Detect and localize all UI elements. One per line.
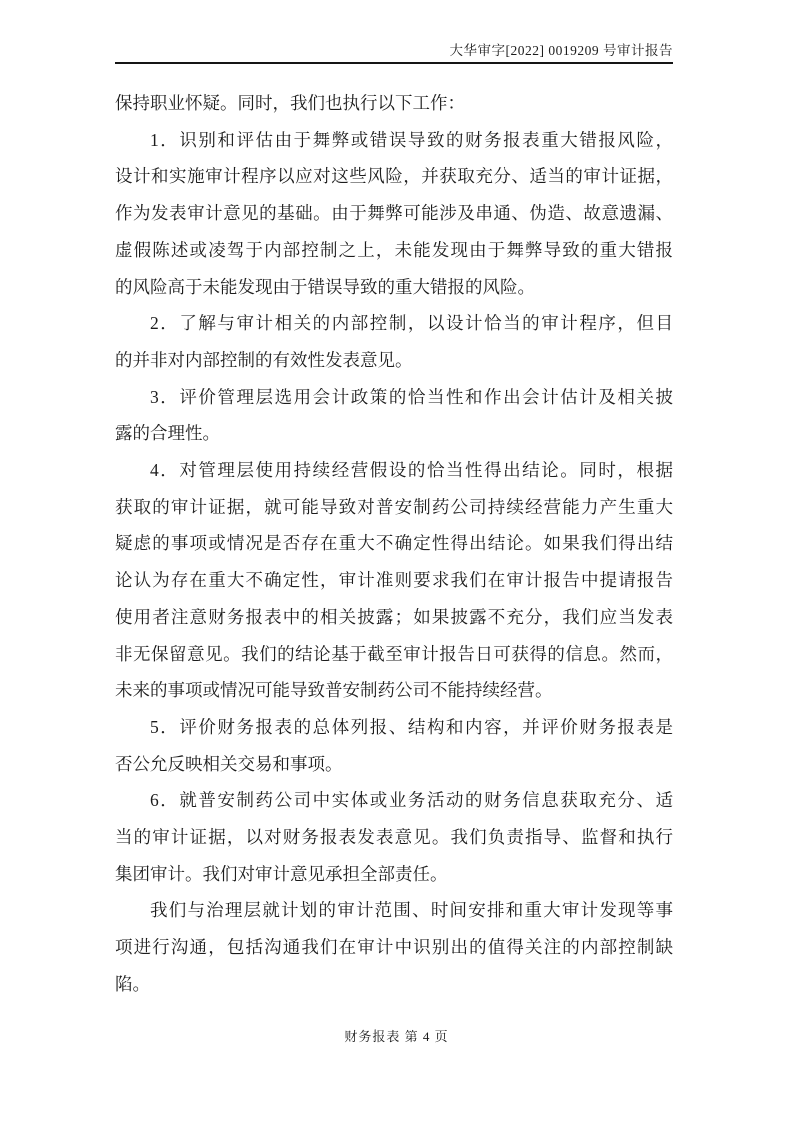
text-line: 项进行沟通，包括沟通我们在审计中识别出的值得关注的内部控制缺 <box>115 929 673 966</box>
paragraph: 3．评价管理层选用会计政策的恰当性和作出会计估计及相关披露的合理性。 <box>115 379 673 452</box>
paragraph: 我们与治理层就计划的审计范围、时间安排和重大审计发现等事项进行沟通，包括沟通我们… <box>115 892 673 1002</box>
paragraph: 保持职业怀疑。同时，我们也执行以下工作： <box>115 85 673 122</box>
text-line: 当的审计证据，以对财务报表发表意见。我们负责指导、监督和执行 <box>115 819 673 856</box>
text-line: 设计和实施审计程序以应对这些风险，并获取充分、适当的审计证据， <box>115 158 673 195</box>
text-line: 我们与治理层就计划的审计范围、时间安排和重大审计发现等事 <box>115 892 673 929</box>
text-line: 保持职业怀疑。同时，我们也执行以下工作： <box>115 85 673 122</box>
paragraph: 6．就普安制药公司中实体或业务活动的财务信息获取充分、适当的审计证据，以对财务报… <box>115 782 673 892</box>
text-line: 2．了解与审计相关的内部控制，以设计恰当的审计程序，但目 <box>115 305 673 342</box>
text-line: 否公允反映相关交易和事项。 <box>115 746 673 783</box>
text-line: 3．评价管理层选用会计政策的恰当性和作出会计估计及相关披 <box>115 379 673 416</box>
text-line: 作为发表审计意见的基础。由于舞弊可能涉及串通、伪造、故意遗漏、 <box>115 195 673 232</box>
text-line: 4．对管理层使用持续经营假设的恰当性得出结论。同时，根据 <box>115 452 673 489</box>
paragraph: 4．对管理层使用持续经营假设的恰当性得出结论。同时，根据获取的审计证据，就可能导… <box>115 452 673 709</box>
text-line: 露的合理性。 <box>115 415 673 452</box>
text-line: 5．评价财务报表的总体列报、结构和内容，并评价财务报表是 <box>115 709 673 746</box>
text-line: 获取的审计证据，就可能导致对普安制药公司持续经营能力产生重大 <box>115 489 673 526</box>
report-number-header: 大华审字[2022] 0019209 号审计报告 <box>115 42 673 60</box>
document-body: 保持职业怀疑。同时，我们也执行以下工作：1．识别和评估由于舞弊或错误导致的财务报… <box>115 85 673 1003</box>
paragraph: 1．识别和评估由于舞弊或错误导致的财务报表重大错报风险，设计和实施审计程序以应对… <box>115 122 673 306</box>
document-page: 大华审字[2022] 0019209 号审计报告 保持职业怀疑。同时，我们也执行… <box>0 0 793 1122</box>
text-line: 使用者注意财务报表中的相关披露；如果披露不充分，我们应当发表 <box>115 599 673 636</box>
header-rule <box>115 62 673 64</box>
text-line: 虚假陈述或凌驾于内部控制之上，未能发现由于舞弊导致的重大错报 <box>115 232 673 269</box>
text-line: 非无保留意见。我们的结论基于截至审计报告日可获得的信息。然而， <box>115 636 673 673</box>
page-footer: 财务报表 第 4 页 <box>0 1028 793 1046</box>
text-line: 论认为存在重大不确定性，审计准则要求我们在审计报告中提请报告 <box>115 562 673 599</box>
text-line: 未来的事项或情况可能导致普安制药公司不能持续经营。 <box>115 672 673 709</box>
text-line: 疑虑的事项或情况是否存在重大不确定性得出结论。如果我们得出结 <box>115 525 673 562</box>
text-line: 的并非对内部控制的有效性发表意见。 <box>115 342 673 379</box>
text-line: 6．就普安制药公司中实体或业务活动的财务信息获取充分、适 <box>115 782 673 819</box>
text-line: 1．识别和评估由于舞弊或错误导致的财务报表重大错报风险， <box>115 122 673 159</box>
text-line: 的风险高于未能发现由于错误导致的重大错报的风险。 <box>115 269 673 306</box>
text-line: 陷。 <box>115 966 673 1003</box>
paragraph: 2．了解与审计相关的内部控制，以设计恰当的审计程序，但目的并非对内部控制的有效性… <box>115 305 673 378</box>
text-line: 集团审计。我们对审计意见承担全部责任。 <box>115 856 673 893</box>
paragraph: 5．评价财务报表的总体列报、结构和内容，并评价财务报表是否公允反映相关交易和事项… <box>115 709 673 782</box>
